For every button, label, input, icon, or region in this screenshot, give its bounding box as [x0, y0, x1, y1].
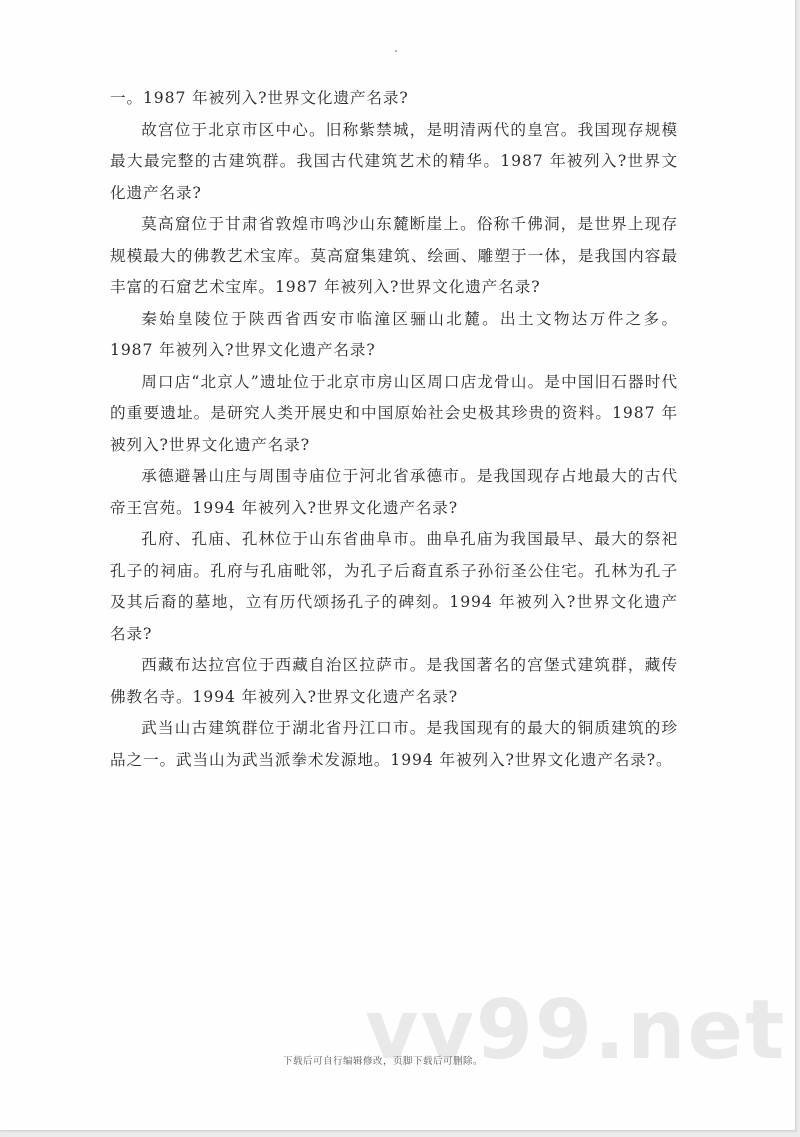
document-body: 一。1987 年被列入?世界文化遗产名录? 故宫位于北京市区中心。旧称紫禁城，是…: [110, 83, 678, 776]
paragraph-potala-palace: 西藏布达拉宫位于西藏自治区拉萨市。是我国著名的宫堡式建筑群，藏传佛教名寺。199…: [110, 650, 678, 713]
paragraph-confucius-sites: 孔府、孔庙、孔林位于山东省曲阜市。曲阜孔庙为我国最早、最大的祭祀孔子的祠庙。孔府…: [110, 524, 678, 650]
paragraph-forbidden-city: 故宫位于北京市区中心。旧称紫禁城，是明清两代的皇宫。我国现存规模最大最完整的古建…: [110, 115, 678, 210]
footer-note: 下载后可自行编辑修改，页脚下载后可删除。: [283, 1053, 483, 1067]
paragraph-wudang-mountains: 武当山古建筑群位于湖北省丹江口市。是我国现有的最大的铜质建筑的珍品之一。武当山为…: [110, 713, 678, 776]
paragraph-chengde-resort: 承德避暑山庄与周围寺庙位于河北省承德市。是我国现存占地最大的古代帝王宫苑。199…: [110, 461, 678, 524]
paragraph-zhoukoudian: 周口店“北京人”遗址位于北京市房山区周口店龙骨山。是中国旧石器时代的重要遗址。是…: [110, 367, 678, 462]
paragraph-mogao-caves: 莫高窟位于甘肃省敦煌市鸣沙山东麓断崖上。俗称千佛洞，是世界上现存规模最大的佛教艺…: [110, 209, 678, 304]
document-page: 一。1987 年被列入?世界文化遗产名录? 故宫位于北京市区中心。旧称紫禁城，是…: [0, 0, 796, 1131]
header-dot: [395, 50, 397, 52]
section-heading: 一。1987 年被列入?世界文化遗产名录?: [110, 83, 678, 115]
paragraph-qin-mausoleum: 秦始皇陵位于陕西省西安市临潼区骊山北麓。出土文物达万件之多。1987 年被列入?…: [110, 304, 678, 367]
